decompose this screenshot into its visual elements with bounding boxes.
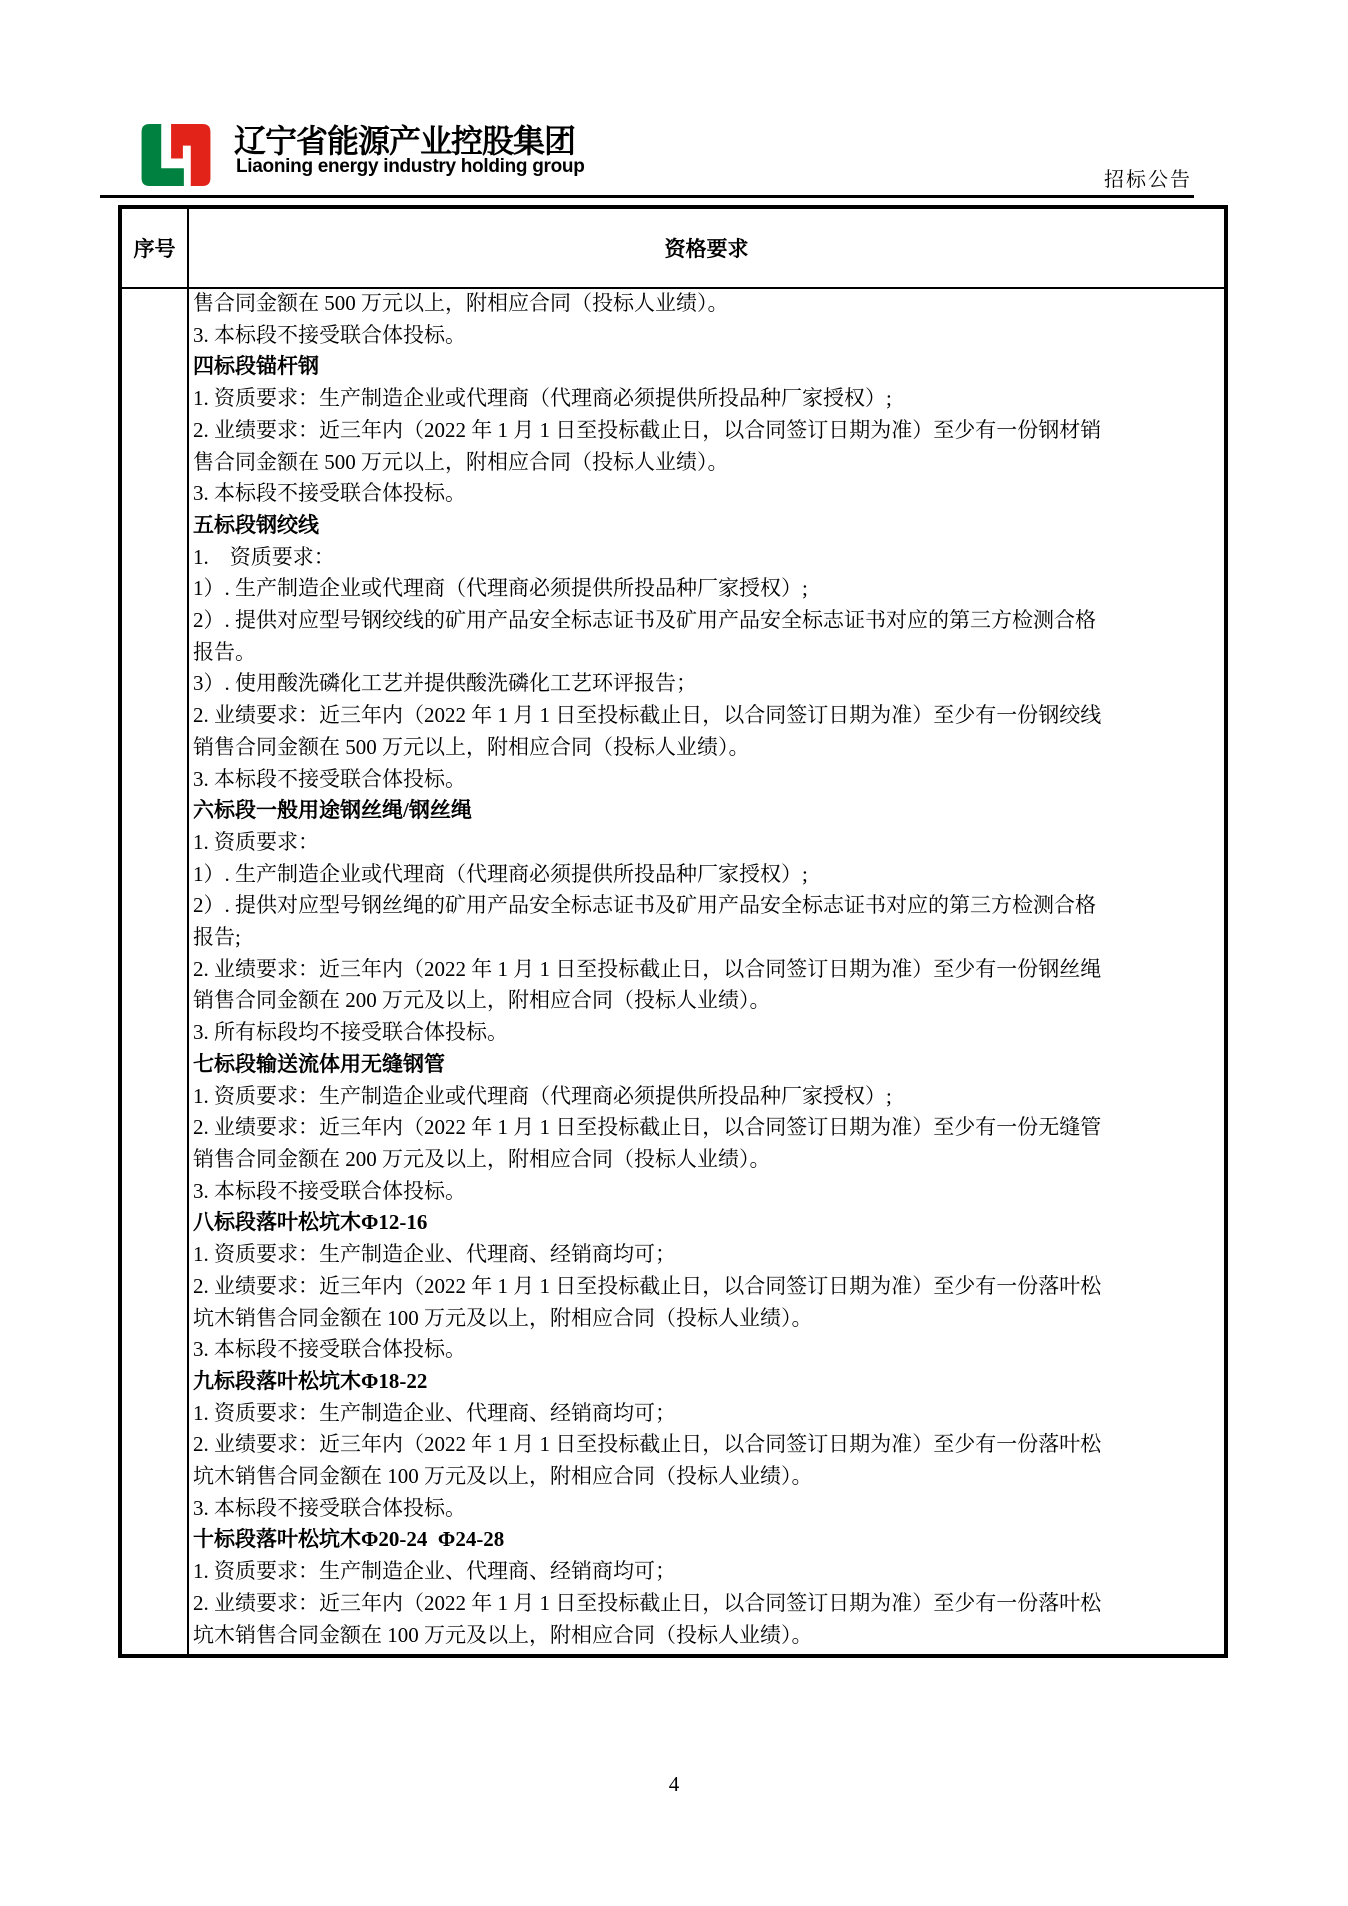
requirement-line: 2. 业绩要求：近三年内（2022 年 1 月 1 日至投标截止日，以合同签订日… xyxy=(193,700,1225,732)
requirement-line: 售合同金额在 500 万元以上，附相应合同（投标人业绩）。 xyxy=(193,288,1225,320)
requirement-line: 四标段锚杆钢 xyxy=(193,351,1225,383)
requirement-line: 1. 资质要求：生产制造企业或代理商（代理商必须提供所投品种厂家授权）; xyxy=(193,1081,1225,1113)
column-header-zigeyaoqiu: 资格要求 xyxy=(189,209,1224,287)
requirement-line: 六标段一般用途钢丝绳/钢丝绳 xyxy=(193,795,1225,827)
requirement-line: 2. 业绩要求：近三年内（2022 年 1 月 1 日至投标截止日，以合同签订日… xyxy=(193,415,1225,447)
table-column-divider xyxy=(187,209,189,1654)
requirement-line: 3）. 使用酸洗磷化工艺并提供酸洗磷化工艺环评报告； xyxy=(193,668,1225,700)
requirement-line: 2. 业绩要求：近三年内（2022 年 1 月 1 日至投标截止日，以合同签订日… xyxy=(193,1429,1225,1461)
requirement-line: 3. 所有标段均不接受联合体投标。 xyxy=(193,1017,1225,1049)
doc-type-label: 招标公告 xyxy=(1104,163,1192,192)
requirements-cell: 售合同金额在 500 万元以上，附相应合同（投标人业绩）。3. 本标段不接受联合… xyxy=(193,288,1225,1651)
requirement-line: 3. 本标段不接受联合体投标。 xyxy=(193,320,1225,352)
column-header-xuhao: 序号 xyxy=(122,209,187,287)
qualification-table: 序号 资格要求 售合同金额在 500 万元以上，附相应合同（投标人业绩）。3. … xyxy=(118,205,1228,1658)
requirement-line: 九标段落叶松坑木Φ18-22 xyxy=(193,1366,1225,1398)
requirement-line: 3. 本标段不接受联合体投标。 xyxy=(193,1334,1225,1366)
requirement-line: 3. 本标段不接受联合体投标。 xyxy=(193,478,1225,510)
requirement-line: 2. 业绩要求：近三年内（2022 年 1 月 1 日至投标截止日，以合同签订日… xyxy=(193,1588,1225,1620)
requirement-line: 1. 资质要求：生产制造企业或代理商（代理商必须提供所投品种厂家授权）; xyxy=(193,383,1225,415)
requirement-line: 3. 本标段不接受联合体投标。 xyxy=(193,1493,1225,1525)
requirement-line: 坑木销售合同金额在 100 万元及以上，附相应合同（投标人业绩）。 xyxy=(193,1303,1225,1335)
requirement-line: 1. 资质要求：生产制造企业、代理商、经销商均可； xyxy=(193,1239,1225,1271)
header-divider xyxy=(100,195,1194,198)
requirement-line: 2. 业绩要求：近三年内（2022 年 1 月 1 日至投标截止日，以合同签订日… xyxy=(193,1271,1225,1303)
requirement-line: 十标段落叶松坑木Φ20-24 Φ24-28 xyxy=(193,1524,1225,1556)
requirement-line: 销售合同金额在 200 万元及以上，附相应合同（投标人业绩）。 xyxy=(193,1144,1225,1176)
requirement-line: 坑木销售合同金额在 100 万元及以上，附相应合同（投标人业绩）。 xyxy=(193,1461,1225,1493)
requirement-line: 销售合同金额在 500 万元以上，附相应合同（投标人业绩）。 xyxy=(193,732,1225,764)
requirement-line: 八标段落叶松坑木Φ12-16 xyxy=(193,1207,1225,1239)
requirement-line: 1. 资质要求：生产制造企业、代理商、经销商均可； xyxy=(193,1556,1225,1588)
requirement-line: 1）. 生产制造企业或代理商（代理商必须提供所投品种厂家授权）; xyxy=(193,573,1225,605)
page-number: 4 xyxy=(0,1772,1348,1797)
requirement-line: 3. 本标段不接受联合体投标。 xyxy=(193,764,1225,796)
requirement-line: 2. 业绩要求：近三年内（2022 年 1 月 1 日至投标截止日，以合同签订日… xyxy=(193,1112,1225,1144)
requirement-line: 售合同金额在 500 万元以上，附相应合同（投标人业绩）。 xyxy=(193,447,1225,479)
requirement-line: 销售合同金额在 200 万元及以上，附相应合同（投标人业绩）。 xyxy=(193,985,1225,1017)
document-page: 辽宁省能源产业控股集团 Liaoning energy industry hol… xyxy=(0,0,1348,1906)
company-logo-icon xyxy=(140,124,212,186)
requirement-line: 1. 资质要求： xyxy=(193,542,1225,574)
requirement-line: 七标段输送流体用无缝钢管 xyxy=(193,1049,1225,1081)
company-name-en: Liaoning energy industry holding group xyxy=(236,156,585,178)
requirement-line: 3. 本标段不接受联合体投标。 xyxy=(193,1176,1225,1208)
xuhao-cell xyxy=(122,289,187,1654)
requirement-line: 1. 资质要求：生产制造企业、代理商、经销商均可； xyxy=(193,1398,1225,1430)
requirement-line: 报告。 xyxy=(193,637,1225,669)
requirement-line: 坑木销售合同金额在 100 万元及以上，附相应合同（投标人业绩）。 xyxy=(193,1620,1225,1652)
requirement-line: 2. 业绩要求：近三年内（2022 年 1 月 1 日至投标截止日，以合同签订日… xyxy=(193,954,1225,986)
requirement-line: 2）. 提供对应型号钢绞线的矿用产品安全标志证书及矿用产品安全标志证书对应的第三… xyxy=(193,605,1225,637)
requirement-line: 五标段钢绞线 xyxy=(193,510,1225,542)
requirement-line: 1. 资质要求： xyxy=(193,827,1225,859)
requirement-line: 1）. 生产制造企业或代理商（代理商必须提供所投品种厂家授权）; xyxy=(193,859,1225,891)
requirement-line: 2）. 提供对应型号钢丝绳的矿用产品安全标志证书及矿用产品安全标志证书对应的第三… xyxy=(193,890,1225,922)
requirement-line: 报告; xyxy=(193,922,1225,954)
